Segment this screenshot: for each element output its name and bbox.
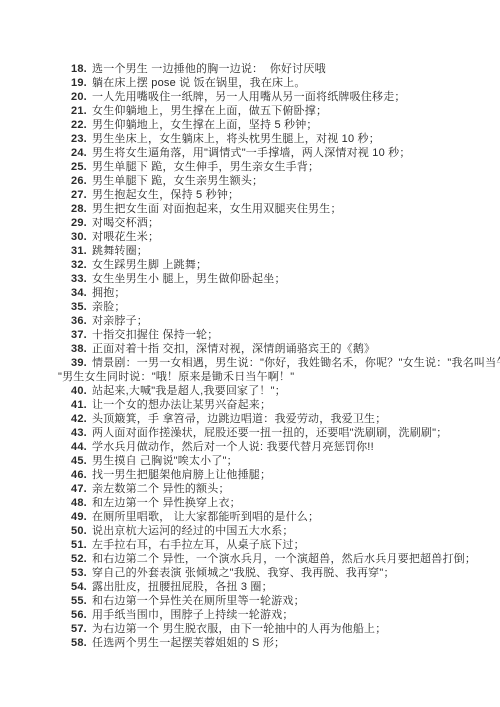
- item-text: 对亲脖子；: [92, 315, 148, 327]
- item-number: 41.: [71, 398, 92, 412]
- item-text: 和右边第二个 异性，一个演水兵月，一个演超兽，然后水兵月要把超兽打倒；: [92, 553, 476, 565]
- list-item: 38.正面对着十指 交扣，深情对视，深情朗诵骆宾王的《鹅》: [0, 342, 500, 356]
- item-number: 46.: [71, 468, 92, 482]
- item-number: 21.: [71, 104, 92, 118]
- item-number: 35.: [71, 300, 92, 314]
- list-item: 36.对亲脖子；: [0, 314, 500, 328]
- list-item: 48.和左边第一个 异性换穿上衣；: [0, 496, 500, 510]
- list-item: 33.女生坐男生小 腿上，男生做仰卧起坐；: [0, 272, 500, 286]
- item-text: 任选两个男生一起摆芙蓉姐姐的 S 形；: [92, 637, 285, 649]
- item-text: 两人面对面作搓澡状，屁股还要一扭一扭的，还要唱"洗刷刷，洗刷刷"；: [92, 427, 447, 439]
- item-text: 躺在床上摆 pose 说 饭在锅里，我在床上。: [92, 77, 306, 89]
- item-number: 43.: [71, 426, 92, 440]
- item-number: 22.: [71, 118, 92, 132]
- list-item: 54.露出肚皮，扭腰扭屁股，各扭 3 圈；: [0, 580, 500, 594]
- list-item: 45.男生摸自 己胸说"唉太小了"；: [0, 454, 500, 468]
- item-number: 50.: [71, 524, 92, 538]
- list-item: 19.躺在床上摆 pose 说 饭在锅里，我在床上。: [0, 76, 500, 90]
- item-text: 用手纸当围巾，围脖子上持续一轮游戏；: [92, 609, 294, 621]
- item-text: 一人先用嘴吸住一纸牌，另一人用嘴从另一面将纸牌吸住移走；: [92, 91, 406, 103]
- list-item: 50.说出京杭大运河的经过的中国五大水系；: [0, 524, 500, 538]
- item-number: 36.: [71, 314, 92, 328]
- item-text: 情景剧：一男一女相遇，男生说："你好，我姓锄名禾，你呢？"女生说："我名叫当午。: [92, 357, 500, 369]
- item-number: 53.: [71, 566, 92, 580]
- list-item: 56.用手纸当围巾，围脖子上持续一轮游戏；: [0, 608, 500, 622]
- list-item: 58.任选两个男生一起摆芙蓉姐姐的 S 形；: [0, 636, 500, 650]
- item-number: 19.: [71, 76, 92, 90]
- item-text: 左手拉右耳，右手拉左耳，从桌子底下过；: [92, 539, 305, 551]
- item-text: 男生坐床上，女生躺床上，将头枕男生腿上，对视 10 秒；: [92, 133, 380, 145]
- item-number: 44.: [71, 440, 92, 454]
- list-item: 57.为右边第一个 男生脱衣服，由下一轮抽中的人再为他船上；: [0, 622, 500, 636]
- item-text: 对喂花生米；: [92, 231, 159, 243]
- document-page: 18.选一个男生 一边捶他的胸一边说： 你好讨厌哦19.躺在床上摆 pose 说…: [0, 0, 500, 707]
- list-item: 44.学水兵月做动作，然后对一个人说: 我要代替月亮惩罚你!!: [0, 440, 500, 454]
- item-number: 23.: [71, 132, 92, 146]
- item-text: 男生单腿下 跪，女生亲男生额头；: [92, 175, 263, 187]
- list-item: 23.男生坐床上，女生躺床上，将头枕男生腿上，对视 10 秒；: [0, 132, 500, 146]
- item-number: 42.: [71, 412, 92, 426]
- list-item: 35.亲脸；: [0, 300, 500, 314]
- item-number: 49.: [71, 510, 92, 524]
- list-item: 29.对喝交杯酒；: [0, 216, 500, 230]
- item-number: 37.: [71, 328, 92, 342]
- item-number: 27.: [71, 188, 92, 202]
- item-number: 54.: [71, 580, 92, 594]
- item-number: 26.: [71, 174, 92, 188]
- item-text: 和左边第一个 异性换穿上衣；: [92, 497, 241, 509]
- list-item: 43.两人面对面作搓澡状，屁股还要一扭一扭的，还要唱"洗刷刷，洗刷刷"；: [0, 426, 500, 440]
- item-number: 33.: [71, 272, 92, 286]
- item-text: 男生把女生面 对面抱起来，女生用双腿夹住男生；: [92, 203, 342, 215]
- item-text: 男生仰躺地上，女生撑在上面，坚持 5 秒钟；: [92, 119, 318, 131]
- item-text: 和右边第一个异性关在厕所里等一轮游戏；: [92, 595, 305, 607]
- item-text: 亲左数第二个 异性的额头；: [92, 483, 230, 495]
- item-number: 30.: [71, 230, 92, 244]
- list-item: 53.穿自己的外套表演 张倾城之"我脱、我穿、我再脱、我再穿"；: [0, 566, 500, 580]
- item-number: 38.: [71, 342, 92, 356]
- item-text: 露出肚皮，扭腰扭屁股，各扭 3 圈；: [92, 581, 273, 593]
- item-number: 18.: [71, 62, 92, 76]
- list-item: 49.在厕所里唱歌， 让大家都能听到唱的是什么；: [0, 510, 500, 524]
- item-number: 51.: [71, 538, 92, 552]
- item-text: 在厕所里唱歌， 让大家都能听到唱的是什么；: [92, 511, 319, 523]
- item-text: 说出京杭大运河的经过的中国五大水系；: [92, 525, 294, 537]
- item-text: 男生摸自 己胸说"唉太小了"；: [92, 455, 238, 467]
- list-item: 27.男生抱起女生，保持 5 秒钟；: [0, 188, 500, 202]
- list-item: 20.一人先用嘴吸住一纸牌，另一人用嘴从另一面将纸牌吸住移走；: [0, 90, 500, 104]
- list-item: 42.头顶簸箕，手 拿笤帚，边跳边唱道：我爱劳动，我爱卫生；: [0, 412, 500, 426]
- item-number: 20.: [71, 90, 92, 104]
- item-text: 选一个男生 一边捶他的胸一边说： 你好讨厌哦: [92, 63, 326, 75]
- item-number: 25.: [71, 160, 92, 174]
- item-text: 让一个女的想办法让某男兴奋起来；: [92, 399, 271, 411]
- item-number: 56.: [71, 608, 92, 622]
- item-number: 28.: [71, 202, 92, 216]
- item-text: 男生将女生逼角落，用"调情式"一手撑墙，两人深情对视 10 秒；: [92, 147, 411, 159]
- list-item: 39.情景剧：一男一女相遇，男生说："你好，我姓锄名禾，你呢？"女生说："我名叫…: [0, 356, 500, 370]
- list: 18.选一个男生 一边捶他的胸一边说： 你好讨厌哦19.躺在床上摆 pose 说…: [0, 62, 500, 650]
- item-number: 32.: [71, 258, 92, 272]
- item-text: 跳舞转圈；: [92, 245, 148, 257]
- list-item: 25.男生单腿下 跪，女生伸手，男生亲女生手背；: [0, 160, 500, 174]
- list-item: 40.站起来,大喊"我是超人,我要回家了！"；: [0, 384, 500, 398]
- item-text: 站起来,大喊"我是超人,我要回家了！"；: [92, 385, 286, 397]
- item-number: 39.: [71, 356, 92, 370]
- item-text: 正面对着十指 交扣，深情对视，深情朗诵骆宾王的《鹅》: [92, 343, 375, 355]
- item-text: 男生抱起女生，保持 5 秒钟；: [92, 189, 239, 201]
- item-number: 31.: [71, 244, 92, 258]
- list-item: 52.和右边第二个 异性，一个演水兵月，一个演超兽，然后水兵月要把超兽打倒；: [0, 552, 500, 566]
- list-item: 47.亲左数第二个 异性的额头；: [0, 482, 500, 496]
- list-item: 51.左手拉右耳，右手拉左耳，从桌子底下过；: [0, 538, 500, 552]
- list-item: 30.对喂花生米；: [0, 230, 500, 244]
- item-text: 穿自己的外套表演 张倾城之"我脱、我穿、我再脱、我再穿"；: [92, 567, 395, 579]
- item-text: 十指交扣握住 保持一轮；: [92, 329, 218, 341]
- list-item: 26.男生单腿下 跪，女生亲男生额头；: [0, 174, 500, 188]
- item-number: 47.: [71, 482, 92, 496]
- list-item: "男生女生同时说："哦！原来是锄禾日当午啊！": [0, 370, 500, 384]
- item-text: 为右边第一个 男生脱衣服，由下一轮抽中的人再为他船上；: [92, 623, 386, 635]
- list-item: 24.男生将女生逼角落，用"调情式"一手撑墙，两人深情对视 10 秒；: [0, 146, 500, 160]
- item-text: 学水兵月做动作，然后对一个人说: 我要代替月亮惩罚你!!: [92, 441, 374, 453]
- item-text: 头顶簸箕，手 拿笤帚，边跳边唱道：我爱劳动，我爱卫生；: [92, 413, 386, 425]
- list-item: 31.跳舞转圈；: [0, 244, 500, 258]
- item-text: 拥抱；: [92, 287, 126, 299]
- item-text: 找一男生把腿架他肩膀上让他捶腿；: [92, 469, 271, 481]
- list-item: 41.让一个女的想办法让某男兴奋起来；: [0, 398, 500, 412]
- item-text: 女生坐男生小 腿上，男生做仰卧起坐；: [92, 273, 286, 285]
- list-item: 21.女生仰躺地上，男生撑在上面，做五下俯卧撑；: [0, 104, 500, 118]
- item-number: 45.: [71, 454, 92, 468]
- item-number: 55.: [71, 594, 92, 608]
- item-text: "男生女生同时说："哦！原来是锄禾日当午啊！": [58, 371, 294, 383]
- item-number: 58.: [71, 636, 92, 650]
- list-item: 32.女生踩男生脚 上跳舞；: [0, 258, 500, 272]
- item-number: 57.: [71, 622, 92, 636]
- list-item: 34.拥抱；: [0, 286, 500, 300]
- item-number: 29.: [71, 216, 92, 230]
- item-number: 40.: [71, 384, 92, 398]
- item-text: 亲脸；: [92, 301, 126, 313]
- list-item: 22.男生仰躺地上，女生撑在上面，坚持 5 秒钟；: [0, 118, 500, 132]
- item-number: 48.: [71, 496, 92, 510]
- item-text: 女生仰躺地上，男生撑在上面，做五下俯卧撑；: [92, 105, 327, 117]
- list-item: 46.找一男生把腿架他肩膀上让他捶腿；: [0, 468, 500, 482]
- list-item: 37.十指交扣握住 保持一轮；: [0, 328, 500, 342]
- list-item: 18.选一个男生 一边捶他的胸一边说： 你好讨厌哦: [0, 62, 500, 76]
- item-number: 52.: [71, 552, 92, 566]
- list-item: 55.和右边第一个异性关在厕所里等一轮游戏；: [0, 594, 500, 608]
- item-text: 男生单腿下 跪，女生伸手，男生亲女生手背；: [92, 161, 319, 173]
- item-number: 24.: [71, 146, 92, 160]
- item-text: 女生踩男生脚 上跳舞；: [92, 259, 207, 271]
- item-number: 34.: [71, 286, 92, 300]
- list-item: 28.男生把女生面 对面抱起来，女生用双腿夹住男生；: [0, 202, 500, 216]
- item-text: 对喝交杯酒；: [92, 217, 159, 229]
